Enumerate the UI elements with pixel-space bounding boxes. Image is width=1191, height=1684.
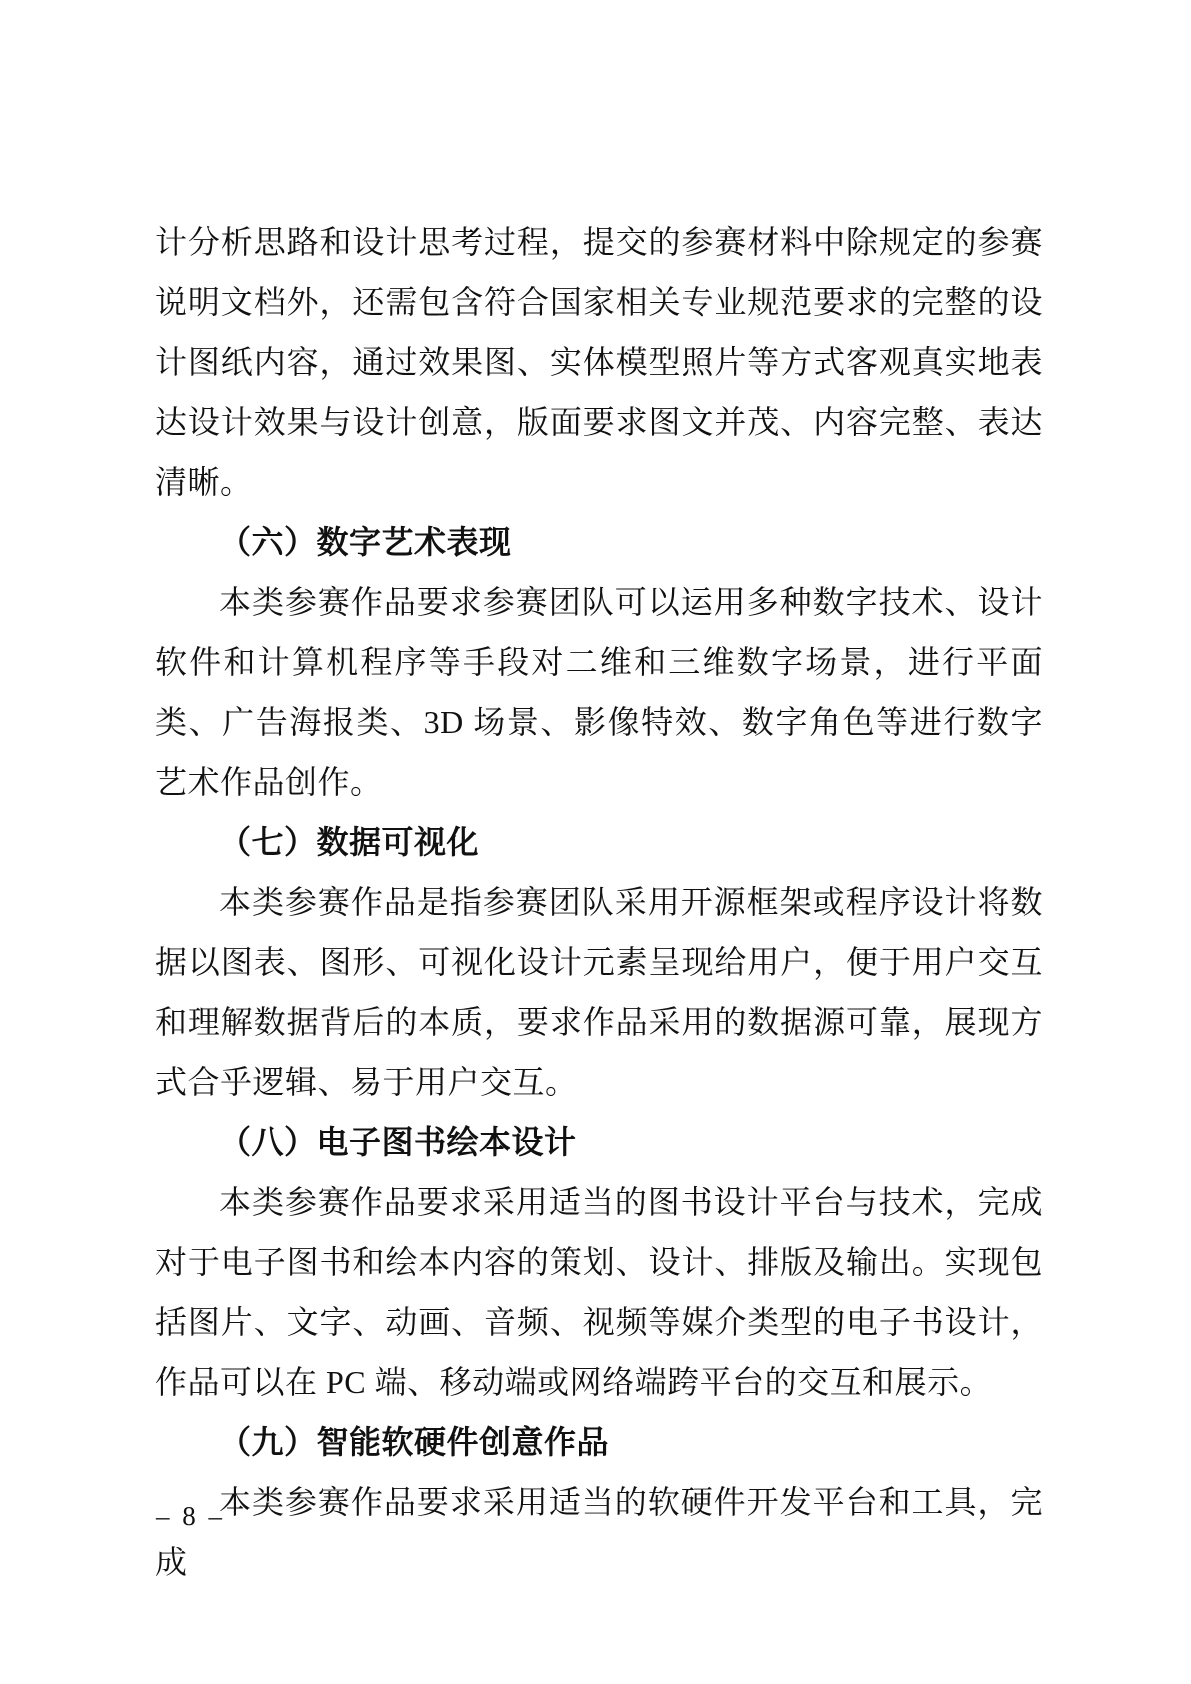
paragraph-continued-design-analysis: 计分析思路和设计思考过程，提交的参赛材料中除规定的参赛说明文档外，还需包含符合国…	[155, 212, 1043, 512]
paragraph-data-visualization: 本类参赛作品是指参赛团队采用开源框架或程序设计将数据以图表、图形、可视化设计元素…	[155, 872, 1043, 1112]
paragraph-ebook-design: 本类参赛作品要求采用适当的图书设计平台与技术，完成对于电子图书和绘本内容的策划、…	[155, 1172, 1043, 1412]
section-heading-9-smart-hardware: （九）智能软硬件创意作品	[155, 1412, 1043, 1472]
document-page: 计分析思路和设计思考过程，提交的参赛材料中除规定的参赛说明文档外，还需包含符合国…	[0, 0, 1191, 1684]
document-body: 计分析思路和设计思考过程，提交的参赛材料中除规定的参赛说明文档外，还需包含符合国…	[155, 212, 1043, 1592]
section-heading-8-ebook-design: （八）电子图书绘本设计	[155, 1112, 1043, 1172]
page-number: – 8 –	[156, 1496, 225, 1536]
paragraph-smart-hardware: 本类参赛作品要求采用适当的软硬件开发平台和工具，完成	[155, 1472, 1043, 1592]
section-heading-6-digital-art: （六）数字艺术表现	[155, 512, 1043, 572]
paragraph-digital-art: 本类参赛作品要求参赛团队可以运用多种数字技术、设计软件和计算机程序等手段对二维和…	[155, 572, 1043, 812]
section-heading-7-data-visualization: （七）数据可视化	[155, 812, 1043, 872]
